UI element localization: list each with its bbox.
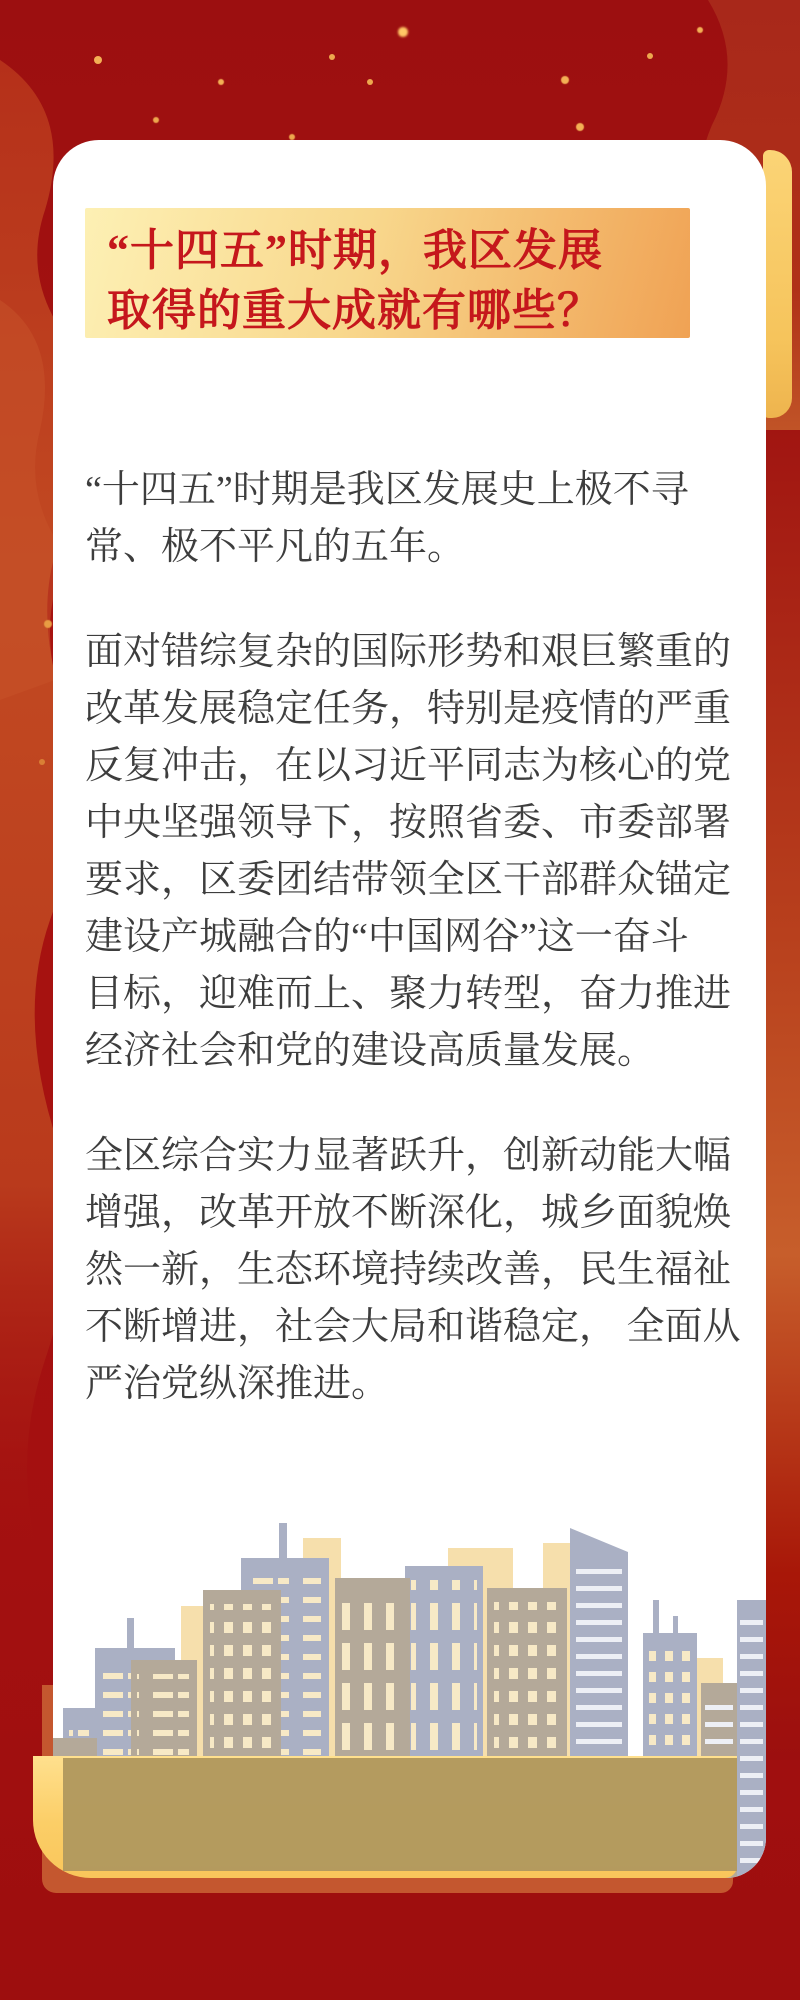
page-bottom-band [63,1758,737,1871]
title-line-1: “十四五”时期，我区发展 [85,208,690,281]
sparkles-decoration [0,0,4,4]
poster-background: “十四五”时期，我区发展 取得的重大成就有哪些？ “十四五”时期是我区发展史上极… [0,0,800,2000]
page-curl-gold-top-right [763,150,792,418]
body-text: “十四五”时期是我区发展史上极不寻 常、极不平凡的五年。 面对错综复杂的国际形势… [85,462,766,1461]
gradient-strip-right [760,430,800,1760]
paragraph-3: 全区综合实力显著跃升，创新动能大幅 增强，改革开放不断深化，城乡面貌焕 然一新，… [85,1128,766,1413]
title-banner: “十四五”时期，我区发展 取得的重大成就有哪些？ [85,208,690,338]
paragraph-1: “十四五”时期是我区发展史上极不寻 常、极不平凡的五年。 [85,462,766,576]
content-card: “十四五”时期，我区发展 取得的重大成就有哪些？ “十四五”时期是我区发展史上极… [53,140,766,1878]
title-line-2: 取得的重大成就有哪些？ [85,281,690,341]
paragraph-2: 面对错综复杂的国际形势和艰巨繁重的 改革发展稳定任务，特别是疫情的严重 反复冲击… [85,624,766,1080]
